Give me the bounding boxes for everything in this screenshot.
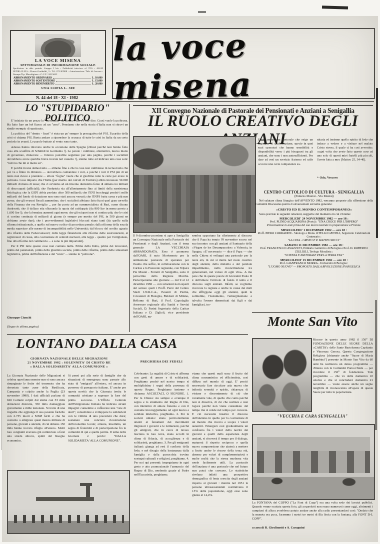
dot-leader bbox=[55, 85, 91, 86]
monte-headline: Monte San Vito bbox=[252, 315, 373, 331]
masthead-panorama-photo: la voce misena bbox=[112, 28, 375, 99]
convegno-column: Il 9 dicembre prossimo si apre a Senigal… bbox=[133, 234, 189, 332]
stupidario-paragraph: Adesso hanno ritrovato anche la occasion… bbox=[7, 145, 128, 165]
centro-address: (Palazzo Mastai - Via Mastai) bbox=[255, 195, 373, 199]
centro-event: MERCOLEDI' 24 NOVEMBRE 1982 — ore 18 : P… bbox=[255, 217, 373, 228]
imprint-fine-print: Spedizione in abb. postale Gruppo I bis … bbox=[11, 67, 105, 77]
lontano-headline: LONTANO DALLA CASA bbox=[7, 337, 187, 353]
centro-note: Sono previste le seguenti relazioni, sug… bbox=[255, 212, 373, 216]
monte-body: Ricorre in questo anno 1982 il 150° DI F… bbox=[313, 338, 373, 412]
masthead-title: la voce misena bbox=[112, 23, 375, 108]
event-detail: "L'UOMO NUOVO" — PROPOSTO DALLA RIVOLUZI… bbox=[255, 266, 373, 270]
bishop-signature: + Odo, Vescovo bbox=[317, 176, 373, 184]
fontana-photo bbox=[252, 424, 375, 500]
convegno-continuation-column: viamo che questi mali sono il frutto del… bbox=[192, 372, 248, 538]
copy-price: UNA COPIA L. 300 bbox=[11, 86, 105, 90]
dot-leader bbox=[53, 79, 91, 80]
rate-price: L. 20.000 bbox=[92, 83, 103, 86]
scan-mark bbox=[322, 6, 348, 10]
event-detail: "SCIENZA E PASTORALE PER LA TERZA ETA'" bbox=[255, 254, 373, 258]
event-speaker: Prof. FRANCESCO CAVAZZUTI, Primario Geri… bbox=[255, 247, 373, 254]
stupidario-paragraph: La politica del "dentro - fuori" è stata… bbox=[7, 132, 128, 144]
masthead-info-box: LA VOCE MISENA SETTIMANALE DI INFORMAZIO… bbox=[10, 30, 106, 95]
stupidario-continuation-note: (Segue in ultima pagina) bbox=[7, 325, 128, 333]
convegno-group-photo bbox=[133, 136, 256, 233]
monte-nuns-photo bbox=[252, 338, 312, 412]
newspaper-page: LA VOCE MISENA SETTIMANALE DI INFORMAZIO… bbox=[0, 0, 380, 544]
stupidario-signature: Giuseppe Cionchi bbox=[7, 316, 128, 324]
airplane-photo bbox=[7, 470, 130, 534]
section-rule bbox=[252, 312, 373, 313]
centro-event: SABATO 11 DICEMBRE 1982 — ore 18 : Prof.… bbox=[255, 244, 373, 258]
dot-leader bbox=[56, 82, 91, 83]
stupidario-paragraph: E' iniziata da un pezzo la "mercanzia" s… bbox=[7, 119, 128, 131]
prayer-text: Celebrante: La regalità di Cristo si aff… bbox=[134, 372, 189, 538]
scan-mark bbox=[198, 11, 206, 13]
lontano-column: La Giornata Nazionale delle Migrazioni s… bbox=[7, 374, 65, 468]
event-detail: "LA CINA - CRISTO E P. MATTEO RICCI" bbox=[255, 239, 373, 243]
paper-tagline: SETTIMANALE DI INFORMAZIONE SOCIALE bbox=[11, 64, 105, 68]
fold-line bbox=[1, 70, 2, 450]
prayer-heading: PREGHIERA DEI FEDELI bbox=[134, 360, 189, 368]
stupidario-body: E' iniziata da un pezzo la "mercanzia" s… bbox=[7, 119, 128, 316]
centro-event: MERCOLEDI' 15 DICEMBRE 1982 — ore 18 : P… bbox=[255, 259, 373, 270]
convegno-column: Ed è anche una pastorale che esige un im… bbox=[258, 138, 313, 186]
centro-event: MERCOLEDI' 1 DICEMBRE 1982 — ore 18 : Pr… bbox=[255, 229, 373, 243]
rocca-photo bbox=[35, 34, 81, 57]
event-detail: Presentazione in ante prima del suo lavo… bbox=[255, 224, 373, 228]
convegno-column: sembra opportuno far riferimento al disc… bbox=[192, 234, 252, 332]
lontano-column: Si pensi poi alla serie di famiglie che … bbox=[68, 374, 126, 468]
stupidario-paragraph: E poiché in una democrazia — almeno fino… bbox=[7, 167, 128, 244]
paper-name: LA VOCE MISENA bbox=[11, 58, 105, 63]
subhead-line: « DALLA SOLIDARIETA' ALLA COMUNIONE » bbox=[7, 365, 131, 369]
lontano-subhead: GIORNATA NAZIONALE DELLE MIGRAZIONI 21 N… bbox=[7, 357, 131, 372]
column-rule bbox=[129, 104, 130, 332]
event-speaker: Proff. PIERO CORRADINI - Sinologo e Mons… bbox=[255, 232, 373, 239]
vecchia-caption: La FONTANA del COPPO ("La Font di Copp")… bbox=[252, 501, 373, 525]
vecchia-credit: a cura di R. Girolimetti e A. Caragnini bbox=[252, 526, 373, 534]
stupidario-paragraph: Per il PSI tutte queste cose non contano… bbox=[7, 244, 128, 256]
masthead-rule bbox=[6, 101, 374, 102]
scan-edge-line bbox=[375, 300, 377, 430]
scan-edge-line bbox=[376, 88, 378, 238]
section-rule bbox=[7, 334, 248, 335]
centro-theme: «CRISTO ED IL MONDO CONTEMPORANEO» bbox=[255, 207, 373, 211]
centro-cultura-box: CENTRO CATTOLICO DI CULTURA - SENIGALLIA… bbox=[255, 190, 373, 310]
centro-intro: Nel salutare clima liturgico dell'AVVENT… bbox=[255, 199, 373, 206]
vecchia-heading: "VECCHIA E CARA SENIGALLIA" bbox=[252, 414, 373, 422]
